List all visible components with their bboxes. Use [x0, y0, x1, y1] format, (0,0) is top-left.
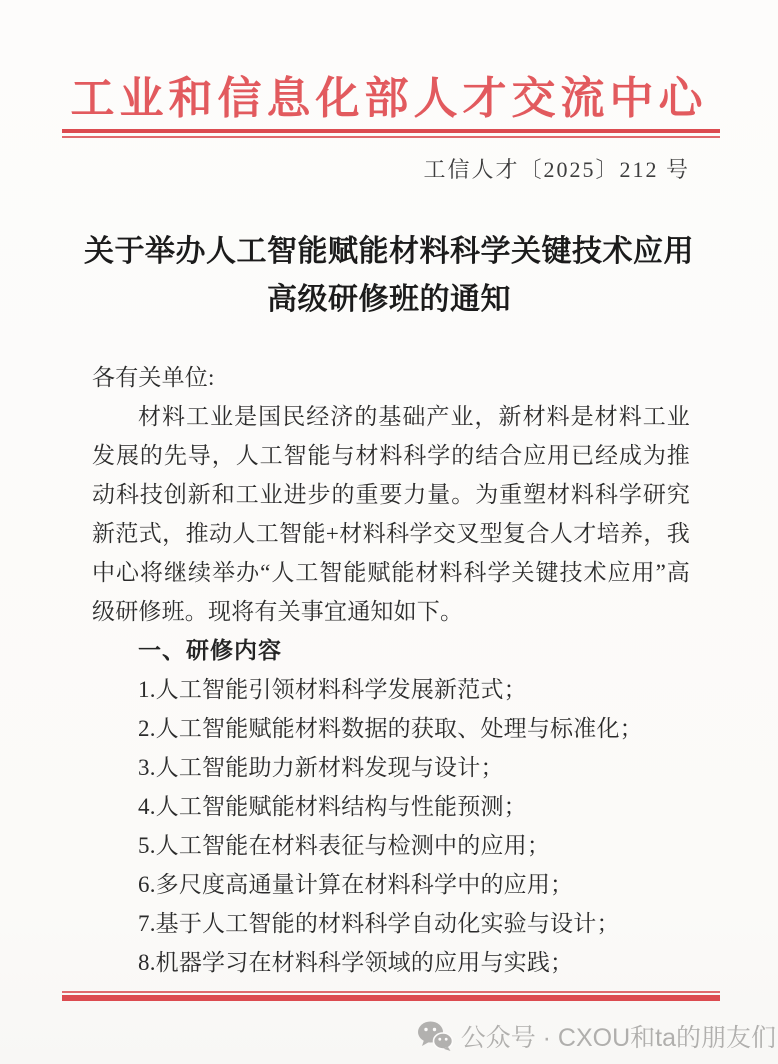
letterhead-title: 工业和信息化部人才交流中心: [0, 62, 778, 126]
list-item: 2.人工智能赋能材料数据的获取、处理与标准化；: [92, 709, 690, 748]
list-item: 4.人工智能赋能材料结构与性能预测；: [92, 787, 690, 826]
list-item: 6.多尺度高通量计算在材料科学中的应用；: [92, 865, 690, 904]
footer-rule-thick: [62, 995, 720, 1001]
training-content-list: 1.人工智能引领材料科学发展新范式； 2.人工智能赋能材料数据的获取、处理与标准…: [92, 670, 690, 982]
intro-paragraph: 材料工业是国民经济的基础产业，新材料是材料工业发展的先导，人工智能与材料科学的结…: [92, 397, 690, 631]
document-page: 工业和信息化部人才交流中心 工信人才〔2025〕212 号 关于举办人工智能赋能…: [0, 0, 778, 1064]
list-item: 5.人工智能在材料表征与检测中的应用；: [92, 826, 690, 865]
notice-body: 各有关单位: 材料工业是国民经济的基础产业，新材料是材料工业发展的先导，人工智能…: [92, 358, 690, 982]
header-double-rule: [62, 129, 720, 138]
header-rule-thin: [62, 136, 720, 138]
section-heading-training-content: 一、研修内容: [92, 631, 690, 670]
list-item: 1.人工智能引领材料科学发展新范式；: [92, 670, 690, 709]
salutation: 各有关单位:: [92, 358, 690, 397]
notice-title-line2: 高级研修班的通知: [0, 276, 778, 324]
footer-double-rule: [62, 991, 720, 1001]
watermark: 公众号 · CXOU和ta的朋友们: [417, 1018, 776, 1054]
watermark-text: 公众号 · CXOU和ta的朋友们: [461, 1018, 776, 1054]
wechat-icon: [417, 1020, 453, 1052]
list-item: 3.人工智能助力新材料发现与设计；: [92, 748, 690, 787]
list-item: 7.基于人工智能的材料科学自动化实验与设计；: [92, 904, 690, 943]
list-item: 8.机器学习在材料科学领域的应用与实践；: [92, 943, 690, 982]
notice-title: 关于举办人工智能赋能材料科学关键技术应用 高级研修班的通知: [0, 228, 778, 324]
notice-title-line1: 关于举办人工智能赋能材料科学关键技术应用: [0, 228, 778, 276]
document-number: 工信人才〔2025〕212 号: [423, 153, 690, 184]
